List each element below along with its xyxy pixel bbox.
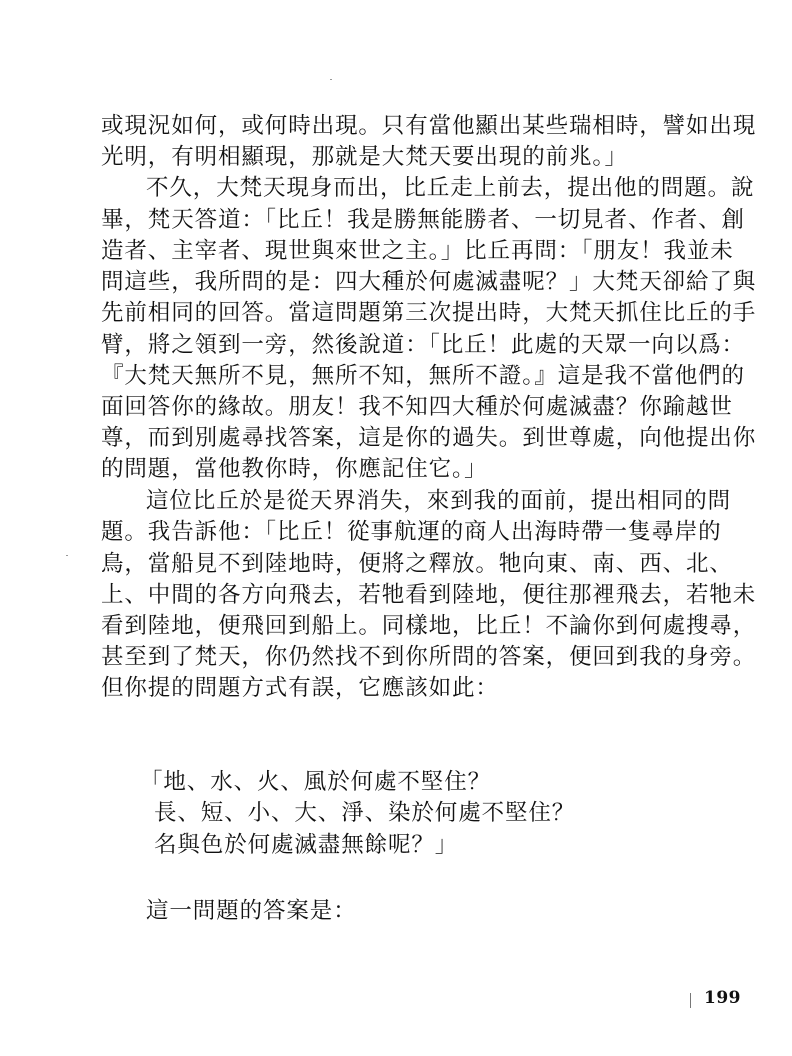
body-line: 但你提的問題方式有誤，它應該如此： (101, 673, 701, 703)
book-page: 或現況如何，或何時出現。只有當他顯出某些瑞相時，譬如出現 光明，有明相顯現，那就… (0, 0, 792, 1056)
folio-divider (690, 993, 691, 1008)
body-line: 先前相同的回答。當這問題第三次提出時，大梵天抓住比丘的手 (101, 298, 701, 328)
body-line: 臂，將之領到一旁，然後說道：「比丘！此處的天眾一向以爲： (101, 330, 701, 360)
body-line: 上、中間的各方向飛去，若牠看到陸地，便往那裡飛去，若牠未 (101, 580, 701, 610)
closing-line: 這一問題的答案是： (146, 896, 746, 926)
body-line: 這位比丘於是從天界消失，來到我的面前，提出相同的問 (146, 486, 746, 516)
scan-speck (66, 555, 68, 556)
verse-line: 名與色於何處滅盡無餘呢？」 (154, 830, 754, 860)
body-line: 造者、主宰者、現世與來世之主。」比丘再問：「朋友！我並未 (101, 236, 701, 266)
body-line: 『大梵天無所不見，無所不知，無所不證。』這是我不當他們的 (101, 361, 701, 391)
body-line: 甚至到了梵天，你仍然找不到你所問的答案，便回到我的身旁。 (101, 642, 701, 672)
body-line: 題。我告訴他：「比丘！從事航運的商人出海時帶一隻尋岸的 (101, 517, 701, 547)
verse-line: 長、短、小、大、淨、染於何處不堅住？ (154, 798, 754, 828)
verse-line: 「地、水、火、風於何處不堅住？ (140, 767, 740, 797)
scan-speck (330, 79, 332, 80)
body-line: 畢，梵天答道：「比丘！我是勝無能勝者、一切見者、作者、創 (101, 205, 701, 235)
page-number: 199 (704, 988, 741, 1008)
body-line: 面回答你的緣故。朋友！我不知四大種於何處滅盡？你踰越世 (101, 392, 701, 422)
body-line: 不久，大梵天現身而出，比丘走上前去，提出他的問題。說 (146, 173, 746, 203)
body-line: 尊，而到別處尋找答案，這是你的過失。到世尊處，向他提出你 (101, 423, 701, 453)
body-line: 鳥，當船見不到陸地時，便將之釋放。牠向東、南、西、北、 (101, 549, 701, 579)
body-line: 看到陸地，便飛回到船上。同樣地，比丘！不論你到何處搜尋， (101, 611, 701, 641)
body-line: 或現況如何，或何時出現。只有當他顯出某些瑞相時，譬如出現 (101, 111, 701, 141)
body-line: 的問題，當他教你時，你應記住它。」 (101, 454, 701, 484)
body-line: 光明，有明相顯現，那就是大梵天要出現的前兆。」 (101, 142, 701, 172)
body-line: 問這些，我所問的是：四大種於何處滅盡呢？」大梵天卻給了與 (101, 267, 701, 297)
